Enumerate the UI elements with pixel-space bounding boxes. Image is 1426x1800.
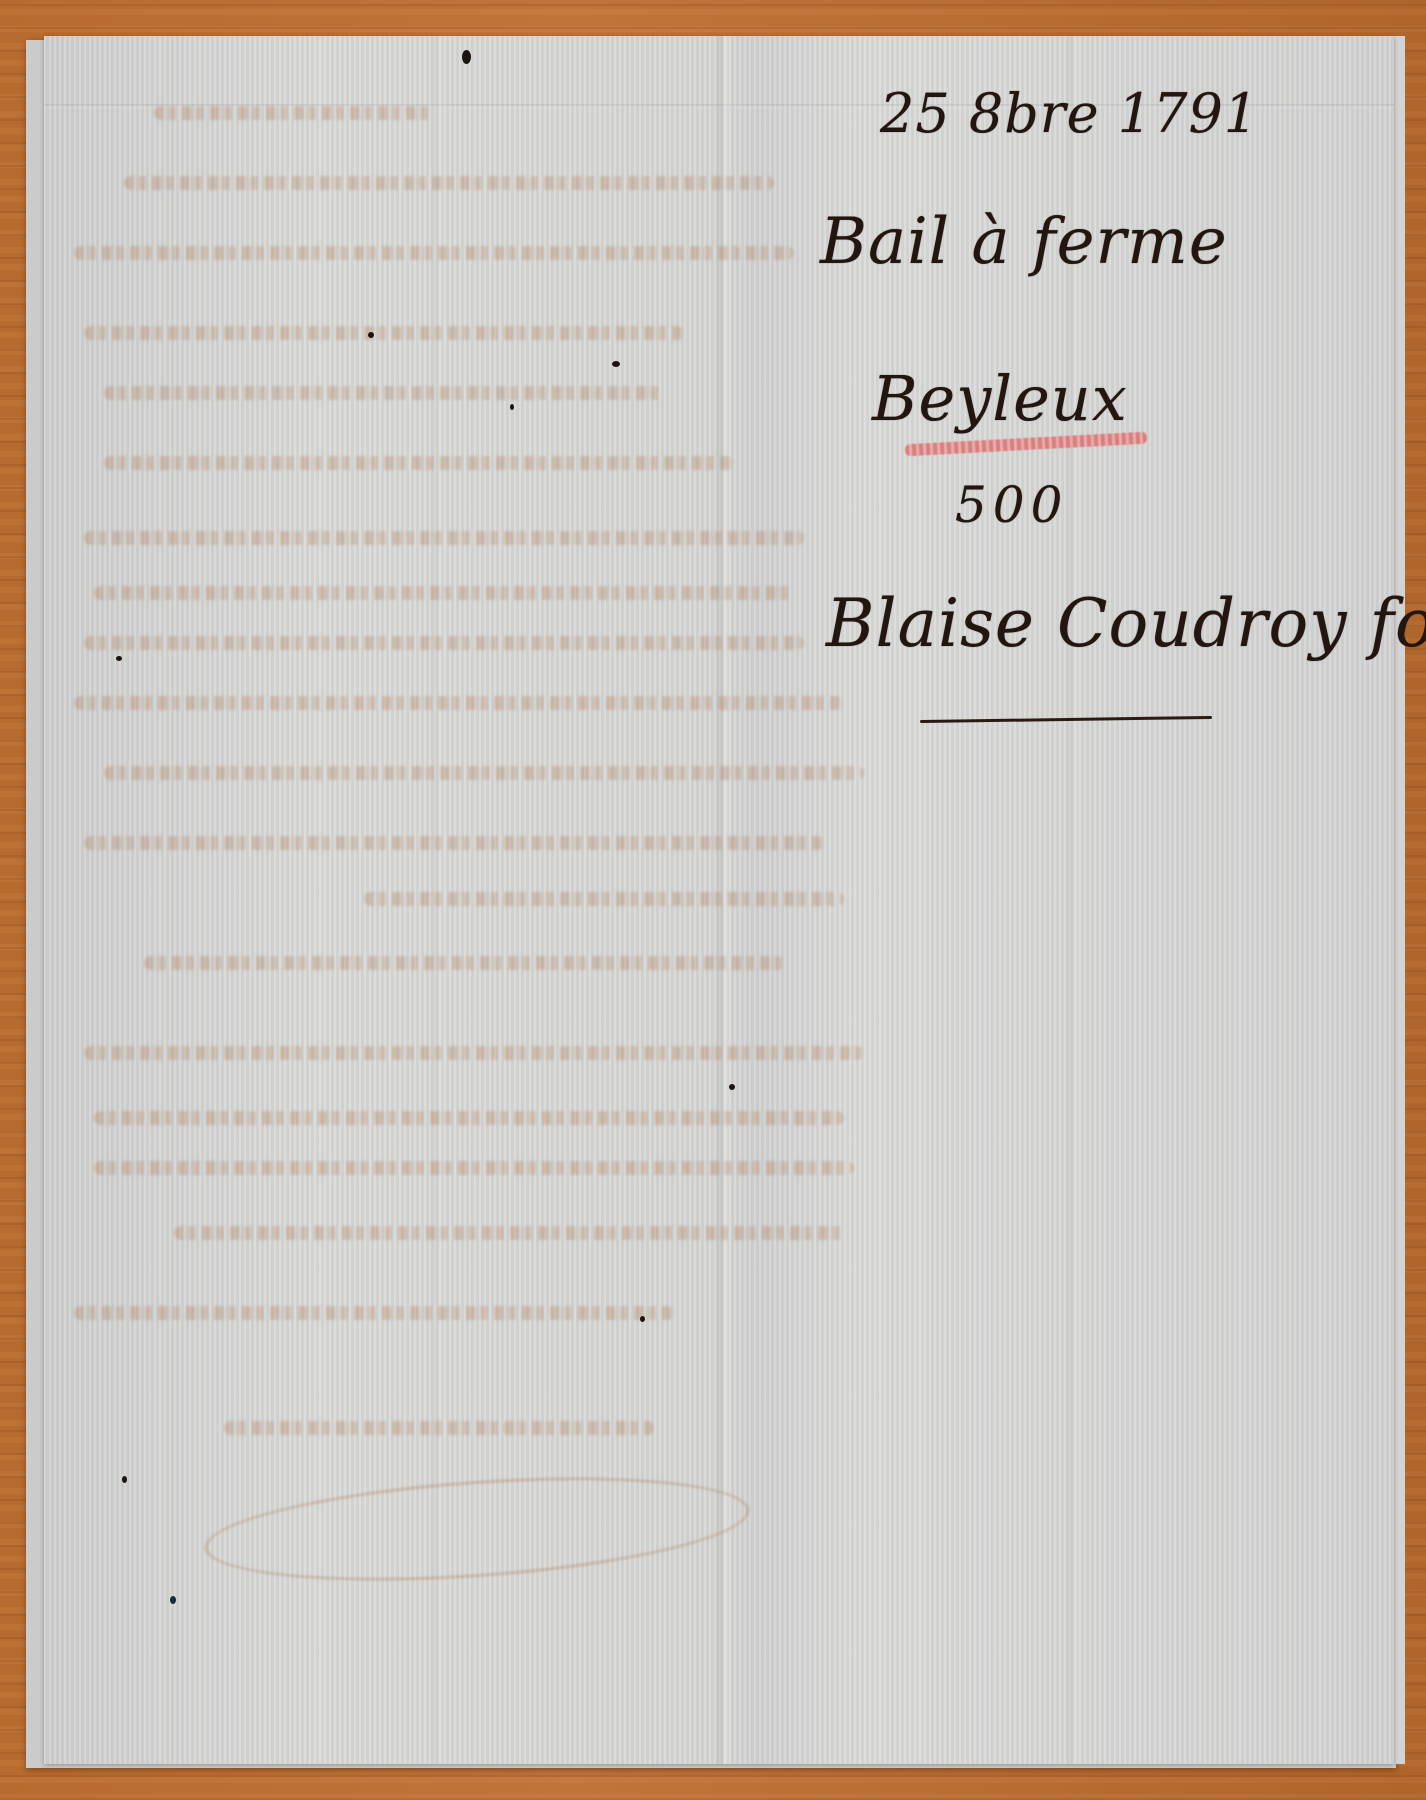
right-fold (1064, 36, 1082, 1764)
ink-speck (368, 332, 374, 338)
ink-speck (122, 1476, 127, 1483)
docket-signatory: Blaise Coudroy fournier (826, 585, 1426, 662)
docket-name: Beyleux (872, 362, 1128, 435)
ink-speck (510, 404, 514, 410)
ink-speck (170, 1596, 176, 1604)
docket-date: 25 8bre 1791 (880, 82, 1259, 145)
docket-amount: 500 (955, 476, 1068, 534)
ink-speck (612, 361, 620, 367)
ink-speck (462, 50, 471, 64)
ink-speck (729, 1084, 735, 1090)
docket-title: Bail à ferme (820, 205, 1228, 279)
manuscript-sheet (44, 36, 1394, 1764)
ink-speck (116, 656, 122, 661)
ink-speck (640, 1316, 645, 1322)
